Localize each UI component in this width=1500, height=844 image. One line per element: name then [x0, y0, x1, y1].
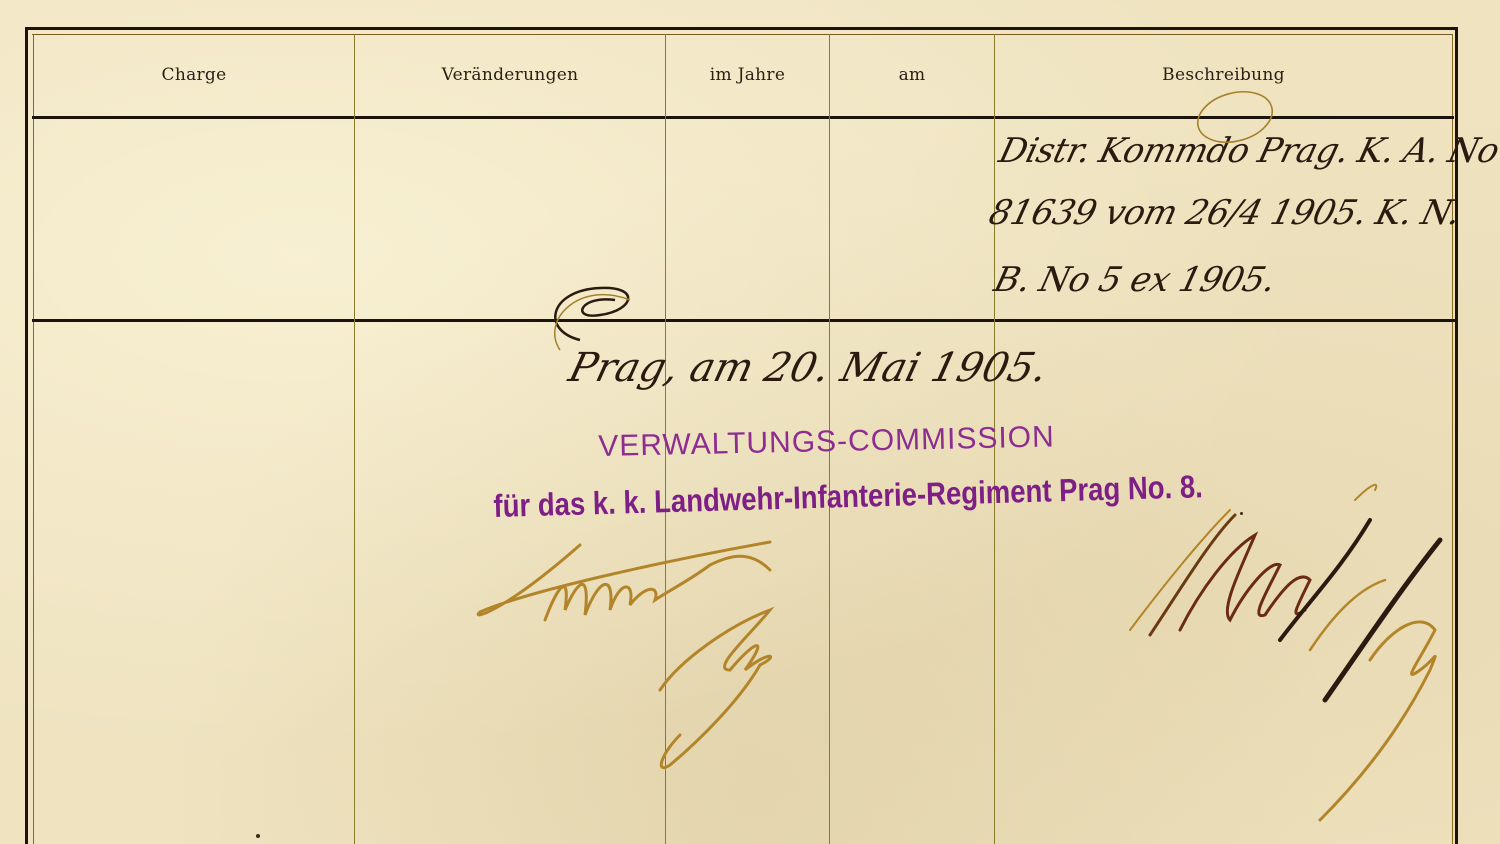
- place-date-handwritten: Prag, am 20. Mai 1905.: [564, 345, 1052, 391]
- column-header-veraenderungen: Veränderungen: [355, 34, 665, 116]
- paper-speck: [256, 834, 260, 838]
- row-divider-rule: [32, 319, 1458, 322]
- paper-speck: [1240, 512, 1243, 515]
- signature-left-icon: [470, 540, 790, 780]
- column-header-am: am: [830, 34, 994, 116]
- stamp-line-1: VERWALTUNGS-COMMISSION: [598, 420, 1055, 464]
- column-header-charge: Charge: [34, 34, 354, 116]
- stamp-line-2: für das k. k. Landwehr-Infanterie-Regime…: [493, 468, 1203, 525]
- column-header-im-jahre: im Jahre: [666, 34, 829, 116]
- signature-right-icon: [1120, 470, 1460, 840]
- handwritten-line: 81639 vom 26/4 1905. K. N.: [984, 190, 1465, 236]
- inner-left-rule: [33, 34, 34, 844]
- frame-top-rule: [25, 27, 1458, 30]
- column-divider: [354, 34, 355, 844]
- handwritten-line: B. No 5 ex 1905.: [989, 257, 1280, 303]
- frame-left-rule: [25, 27, 28, 844]
- register-page: Charge Veränderungen im Jahre am Beschre…: [0, 0, 1500, 844]
- flourish-loop-icon: [1190, 85, 1280, 165]
